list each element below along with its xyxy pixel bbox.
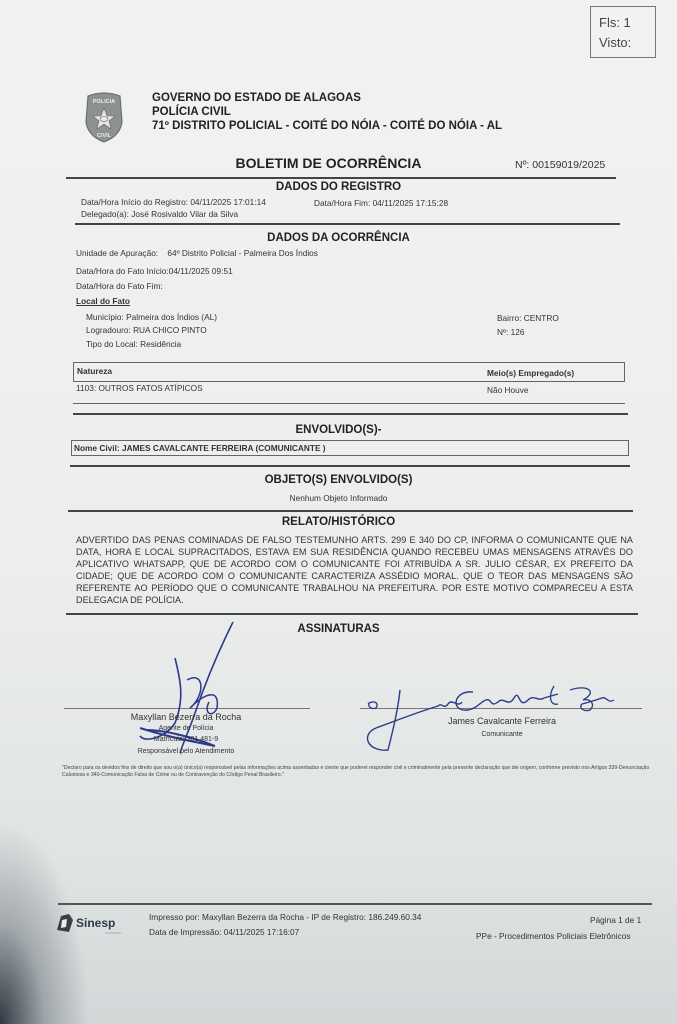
sinesp-logo: Sinesp <box>55 910 135 936</box>
header-line-2: POLÍCIA CIVIL <box>152 105 502 119</box>
local-bairro: Bairro: CENTRO <box>497 313 559 323</box>
police-badge-icon: POLICIA CIVIL <box>82 92 126 144</box>
signer-comunicante-name: James Cavalcante Ferreira <box>402 716 602 726</box>
registro-fim: Data/Hora Fim: 04/11/2025 17:15:28 <box>314 198 448 208</box>
meio-header: Meio(s) Empregado(s) <box>487 368 574 378</box>
footer-divider <box>58 903 652 905</box>
divider <box>73 403 625 404</box>
local-municipio: Município: Palmeira dos Índios (AL) <box>86 312 217 322</box>
local-numero: Nº: 126 <box>497 327 524 337</box>
local-do-fato-title: Local do Fato <box>76 296 130 306</box>
signer-comunicante-role: Comunicante <box>402 731 602 738</box>
objetos-empty: Nenhum Objeto Informado <box>0 493 677 503</box>
footer-sistema: PPe - Procedimentos Policiais Eletrônico… <box>476 931 630 941</box>
envolvido-row: Nome Civil: JAMES CAVALCANTE FERREIRA (C… <box>71 440 629 456</box>
document-number: Nº: 00159019/2025 <box>515 159 605 171</box>
local-tipo: Tipo do Local: Residência <box>86 339 181 349</box>
meio-value: Não Houve <box>487 385 529 395</box>
footer-pagina: Página 1 de 1 <box>590 915 641 925</box>
natureza-header: Natureza <box>77 366 112 376</box>
header-line-3: 71º DISTRITO POLICIAL - COITÉ DO NÓIA - … <box>152 119 502 133</box>
section-title-ocorrencia: DADOS DA OCORRÊNCIA <box>0 232 677 244</box>
visto-label: Visto: <box>599 33 655 53</box>
registro-inicio: Data/Hora Início do Registro: 04/11/2025… <box>81 197 266 207</box>
svg-text:POLICIA: POLICIA <box>93 99 115 105</box>
section-title-envolvidos: ENVOLVIDO(S)- <box>0 424 677 436</box>
divider <box>66 613 638 615</box>
divider <box>68 510 633 512</box>
footer-impresso-por: Impresso por: Maxyllan Bezerra da Rocha … <box>149 912 421 922</box>
natureza-table-header: Natureza Meio(s) Empregado(s) <box>73 362 625 382</box>
fls-label: Fls: 1 <box>599 13 655 33</box>
ocorrencia-fato-inicio: Data/Hora do Fato Início:04/11/2025 09:5… <box>76 266 233 276</box>
divider <box>66 177 616 179</box>
declaration-text: "Declaro para os devidos fins de direito… <box>62 765 657 779</box>
divider <box>73 413 628 415</box>
natureza-value: 1103: OUTROS FATOS ATÍPICOS <box>76 383 203 393</box>
svg-text:Sinesp: Sinesp <box>76 916 115 930</box>
header-line-1: GOVERNO DO ESTADO DE ALAGOAS <box>152 91 502 105</box>
ocorrencia-fato-fim: Data/Hora do Fato Fim: <box>76 281 163 291</box>
signer-agent-name: Maxyllan Bezerra da Rocha <box>86 712 286 722</box>
svg-text:CIVIL: CIVIL <box>97 133 112 139</box>
footer-data-impressao: Data de Impressão: 04/11/2025 17:16:07 <box>149 927 299 937</box>
signer-agent-matricula: Matrícula: 301.481-9 <box>86 736 286 743</box>
signer-agent-role: Agente de Polícia <box>86 725 286 732</box>
section-title-registro: DADOS DO REGISTRO <box>0 181 677 193</box>
envolvido-text: Nome Civil: JAMES CAVALCANTE FERREIRA (C… <box>74 443 326 453</box>
registro-delegado: Delegado(a): José Rosivaldo Vilar da Sil… <box>81 209 238 219</box>
divider <box>70 465 630 467</box>
signer-agent-note: Responsável pelo Atendimento <box>86 748 286 755</box>
ocorrencia-unidade: Unidade de Apuração: 64º Distrito Polici… <box>76 248 318 258</box>
sheet-stamp-box: Fls: 1 Visto: <box>590 6 656 58</box>
section-title-assinaturas: ASSINATURAS <box>0 623 677 635</box>
section-title-relato: RELATO/HISTÓRICO <box>0 516 677 528</box>
section-title-objetos: OBJETO(S) ENVOLVIDO(S) <box>0 474 677 486</box>
institution-header: GOVERNO DO ESTADO DE ALAGOAS POLÍCIA CIV… <box>152 91 502 133</box>
divider <box>75 223 620 225</box>
relato-text: ADVERTIDO DAS PENAS COMINADAS DE FALSO T… <box>76 534 633 606</box>
local-logradouro: Logradouro: RUA CHICO PINTO <box>86 325 207 335</box>
